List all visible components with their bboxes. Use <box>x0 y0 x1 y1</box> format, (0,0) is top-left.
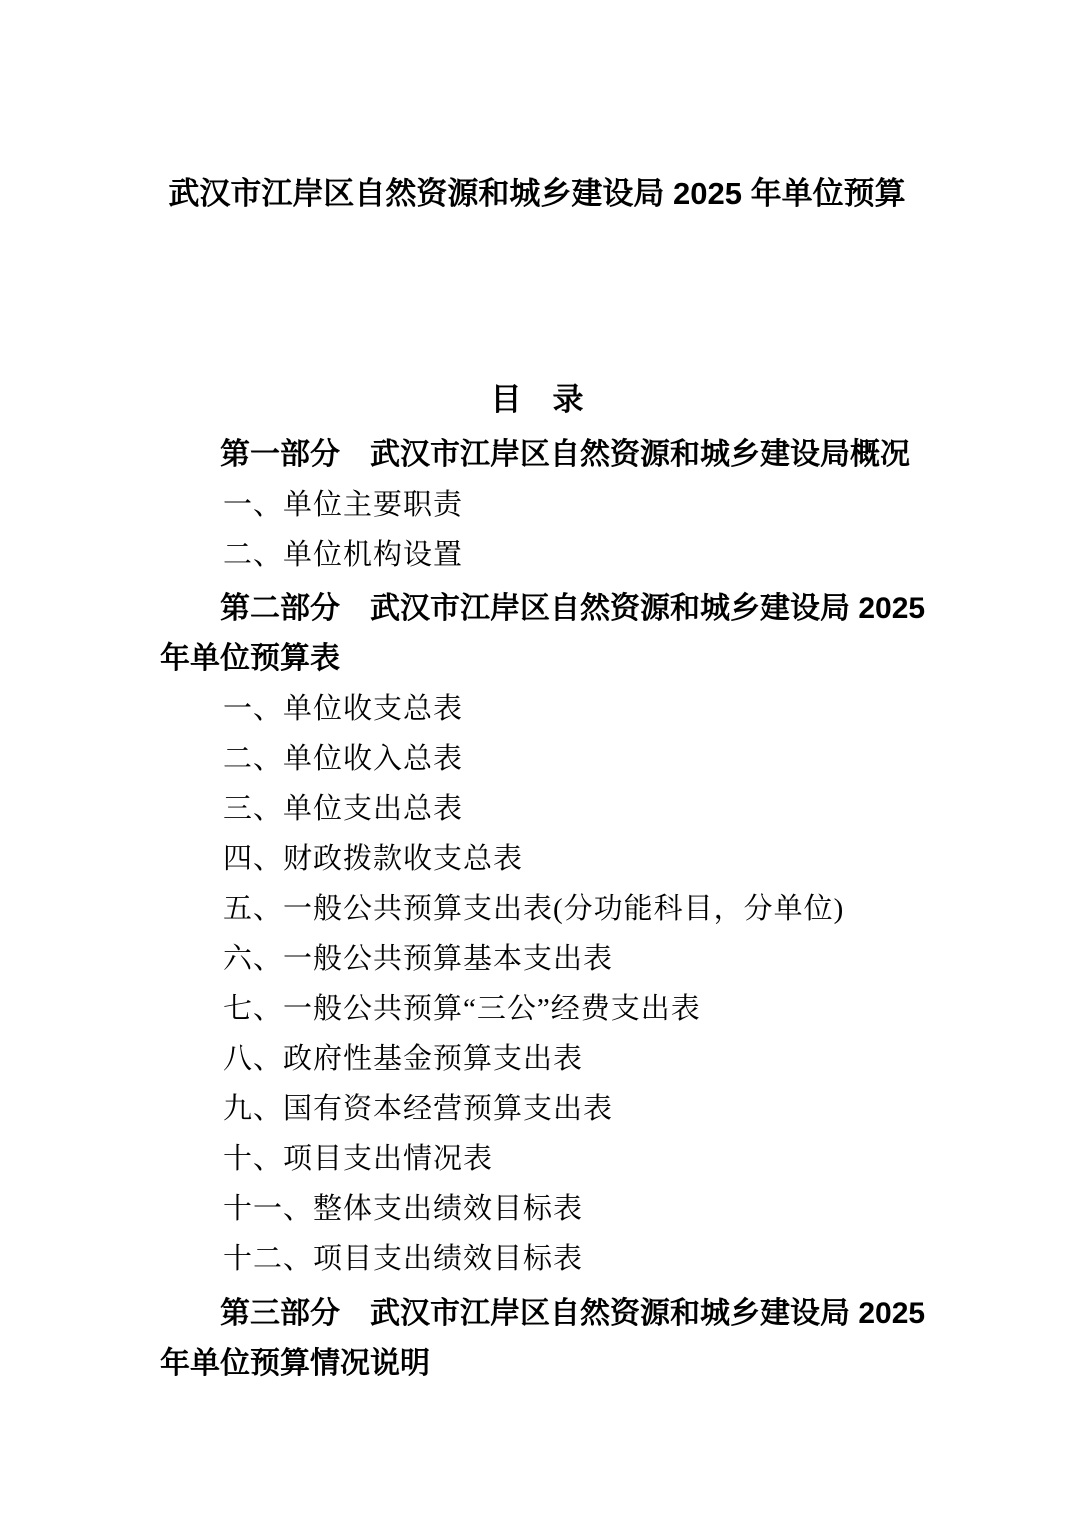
toc-item-part2-10: 十、项目支出情况表 <box>160 1134 934 1184</box>
toc-part-2-heading: 第二部分 武汉市江岸区自然资源和城乡建设局 2025 年单位预算表 <box>160 584 934 684</box>
toc-heading: 目 录 <box>160 375 914 425</box>
toc-item-part1-1: 一、单位主要职责 <box>160 480 934 530</box>
toc-item-part2-1: 一、单位收支总表 <box>160 684 934 734</box>
toc-item-part2-11: 十一、整体支出绩效目标表 <box>160 1184 934 1234</box>
toc-item-part2-2: 二、单位收入总表 <box>160 734 934 784</box>
toc-item-part2-5: 五、一般公共预算支出表(分功能科目，分单位) <box>160 884 934 934</box>
budget-document-page: 武汉市江岸区自然资源和城乡建设局 2025 年单位预算 目 录 第一部分 武汉市… <box>0 0 1074 1520</box>
toc-item-part2-3: 三、单位支出总表 <box>160 784 934 834</box>
toc-item-part2-7: 七、一般公共预算“三公”经费支出表 <box>160 984 934 1034</box>
toc-item-part2-12: 十二、项目支出绩效目标表 <box>160 1234 934 1284</box>
toc-item-part2-8: 八、政府性基金预算支出表 <box>160 1034 934 1084</box>
toc-item-part1-2: 二、单位机构设置 <box>160 530 934 580</box>
document-title: 武汉市江岸区自然资源和城乡建设局 2025 年单位预算 <box>160 169 914 219</box>
toc-item-part2-4: 四、财政拨款收支总表 <box>160 834 934 884</box>
toc-item-part2-9: 九、国有资本经营预算支出表 <box>160 1084 934 1134</box>
toc-part-1-heading: 第一部分 武汉市江岸区自然资源和城乡建设局概况 <box>160 430 934 480</box>
toc-part-3-heading: 第三部分 武汉市江岸区自然资源和城乡建设局 2025 年单位预算情况说明 <box>160 1289 934 1389</box>
toc-item-part2-6: 六、一般公共预算基本支出表 <box>160 934 934 984</box>
